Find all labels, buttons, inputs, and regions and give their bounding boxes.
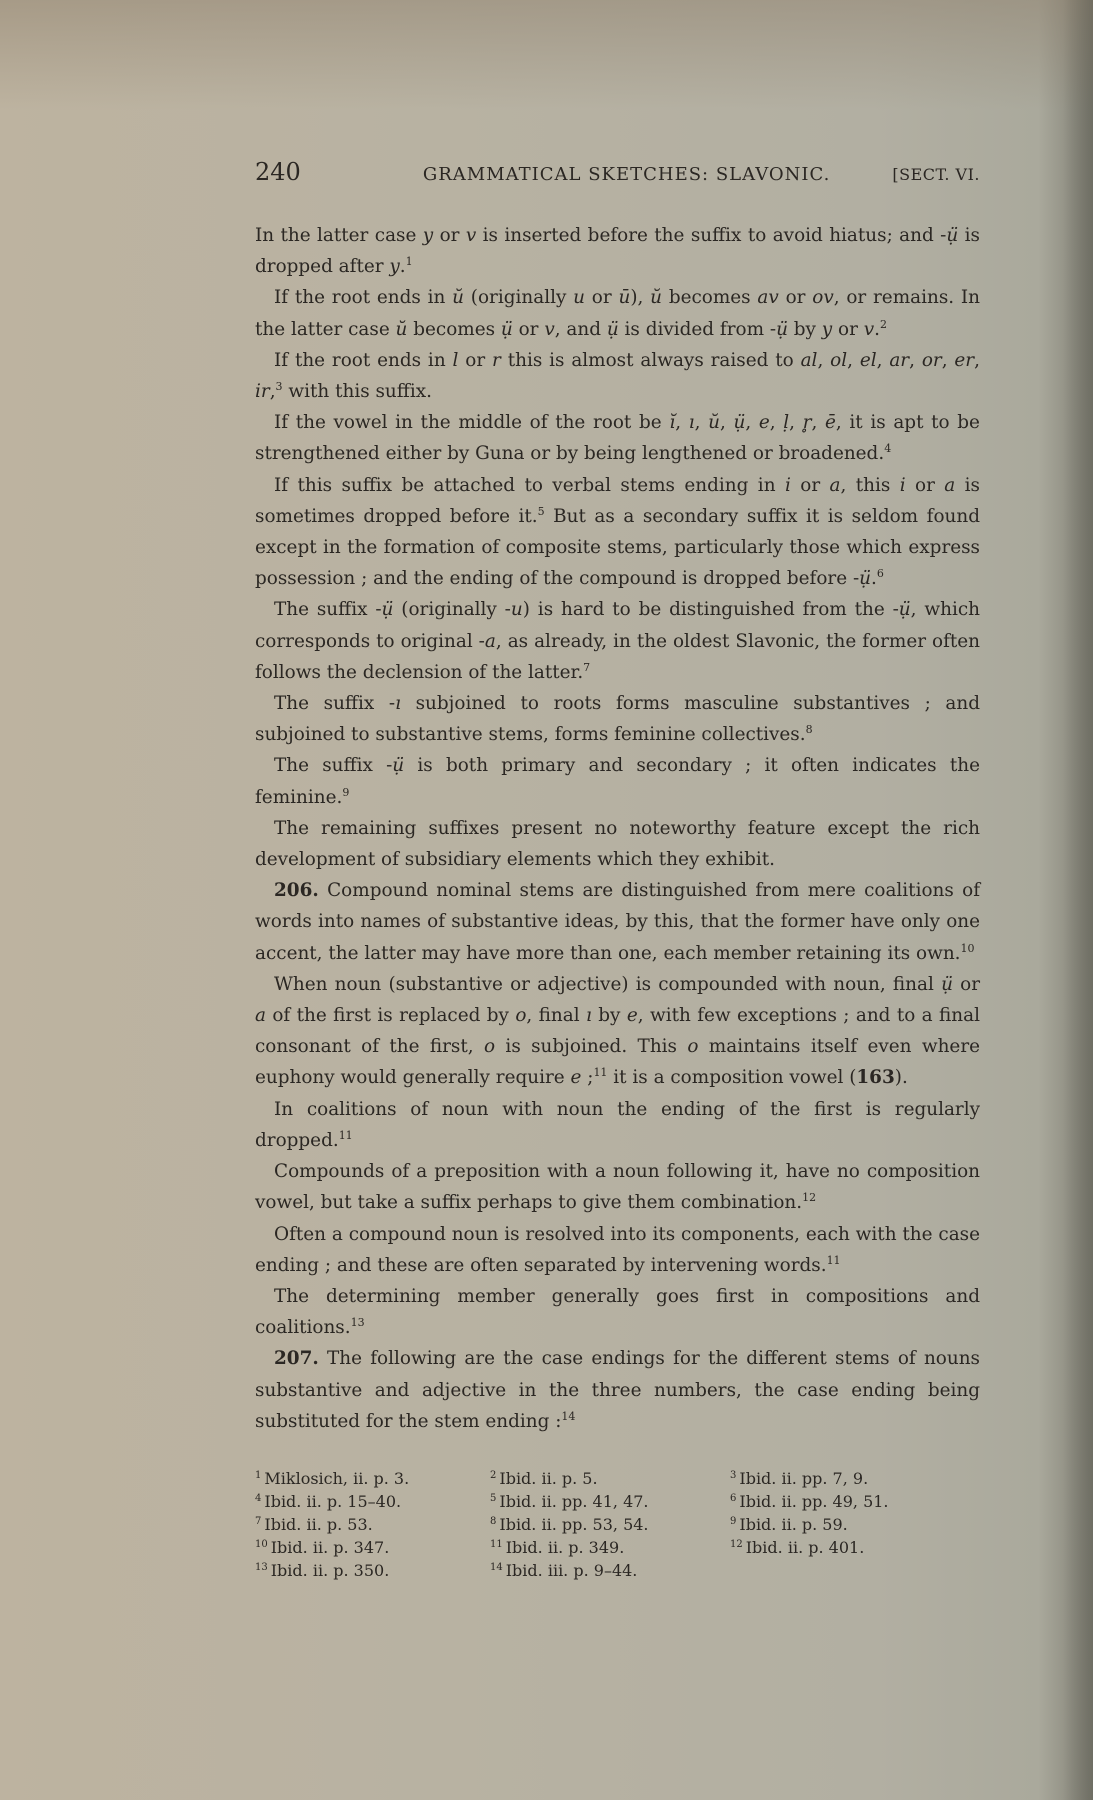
footnote: 8Ibid. ii. pp. 53, 54. xyxy=(490,1513,730,1536)
page-number: 240 xyxy=(255,158,301,186)
book-page: 240 GRAMMATICAL SKETCHES: SLAVONIC. [SEC… xyxy=(255,158,980,1582)
footnote: 10Ibid. ii. p. 347. xyxy=(255,1536,490,1559)
paragraph: 206. Compound nominal stems are distingu… xyxy=(255,875,980,969)
paragraph: If the root ends in ŭ (originally u or ū… xyxy=(255,282,980,344)
footnote: 11Ibid. ii. p. 349. xyxy=(490,1536,730,1559)
footnote: 3Ibid. ii. pp. 7, 9. xyxy=(730,1467,970,1490)
paragraph: Compounds of a preposition with a noun f… xyxy=(255,1156,980,1218)
footnote: 14Ibid. iii. p. 9–44. xyxy=(490,1559,730,1582)
paragraph: The suffix -ụ̈ is both primary and secon… xyxy=(255,750,980,812)
paragraph: If the vowel in the middle of the root b… xyxy=(255,407,980,469)
body-text: In the latter case y or v is inserted be… xyxy=(255,220,980,1437)
paragraph: The suffix -ı subjoined to roots forms m… xyxy=(255,688,980,750)
page-shadow-gutter xyxy=(1063,0,1093,1800)
page-shadow-top xyxy=(0,0,1093,110)
paragraph: If the root ends in l or r this is almos… xyxy=(255,345,980,407)
footnote: 2Ibid. ii. p. 5. xyxy=(490,1467,730,1490)
paragraph: If this suffix be attached to verbal ste… xyxy=(255,470,980,595)
footnote: 6Ibid. ii. pp. 49, 51. xyxy=(730,1490,970,1513)
paragraph: Often a compound noun is resolved into i… xyxy=(255,1219,980,1281)
paragraph: 207. The following are the case endings … xyxy=(255,1343,980,1437)
paragraph: When noun (substantive or adjective) is … xyxy=(255,969,980,1094)
paragraph: The suffix -ụ̈ (originally -u) is hard t… xyxy=(255,594,980,688)
running-head: 240 GRAMMATICAL SKETCHES: SLAVONIC. [SEC… xyxy=(255,158,980,198)
paragraph: The determining member generally goes fi… xyxy=(255,1281,980,1343)
footnote: 12Ibid. ii. p. 401. xyxy=(730,1536,970,1559)
footnote: 5Ibid. ii. pp. 41, 47. xyxy=(490,1490,730,1513)
running-title: GRAMMATICAL SKETCHES: SLAVONIC. xyxy=(423,164,831,185)
paragraph: In coalitions of noun with noun the endi… xyxy=(255,1094,980,1156)
footnote: 7Ibid. ii. p. 53. xyxy=(255,1513,490,1536)
footnote: 9Ibid. ii. p. 59. xyxy=(730,1513,970,1536)
paragraph: The remaining suffixes present no notewo… xyxy=(255,813,980,875)
section-label: [SECT. VI. xyxy=(892,165,980,184)
footnote: 4Ibid. ii. p. 15–40. xyxy=(255,1490,490,1513)
paragraph: In the latter case y or v is inserted be… xyxy=(255,220,980,282)
footnote: 1Miklosich, ii. p. 3. xyxy=(255,1467,490,1490)
footnotes: 1Miklosich, ii. p. 3.2Ibid. ii. p. 5.3Ib… xyxy=(255,1467,980,1582)
footnote: 13Ibid. ii. p. 350. xyxy=(255,1559,490,1582)
